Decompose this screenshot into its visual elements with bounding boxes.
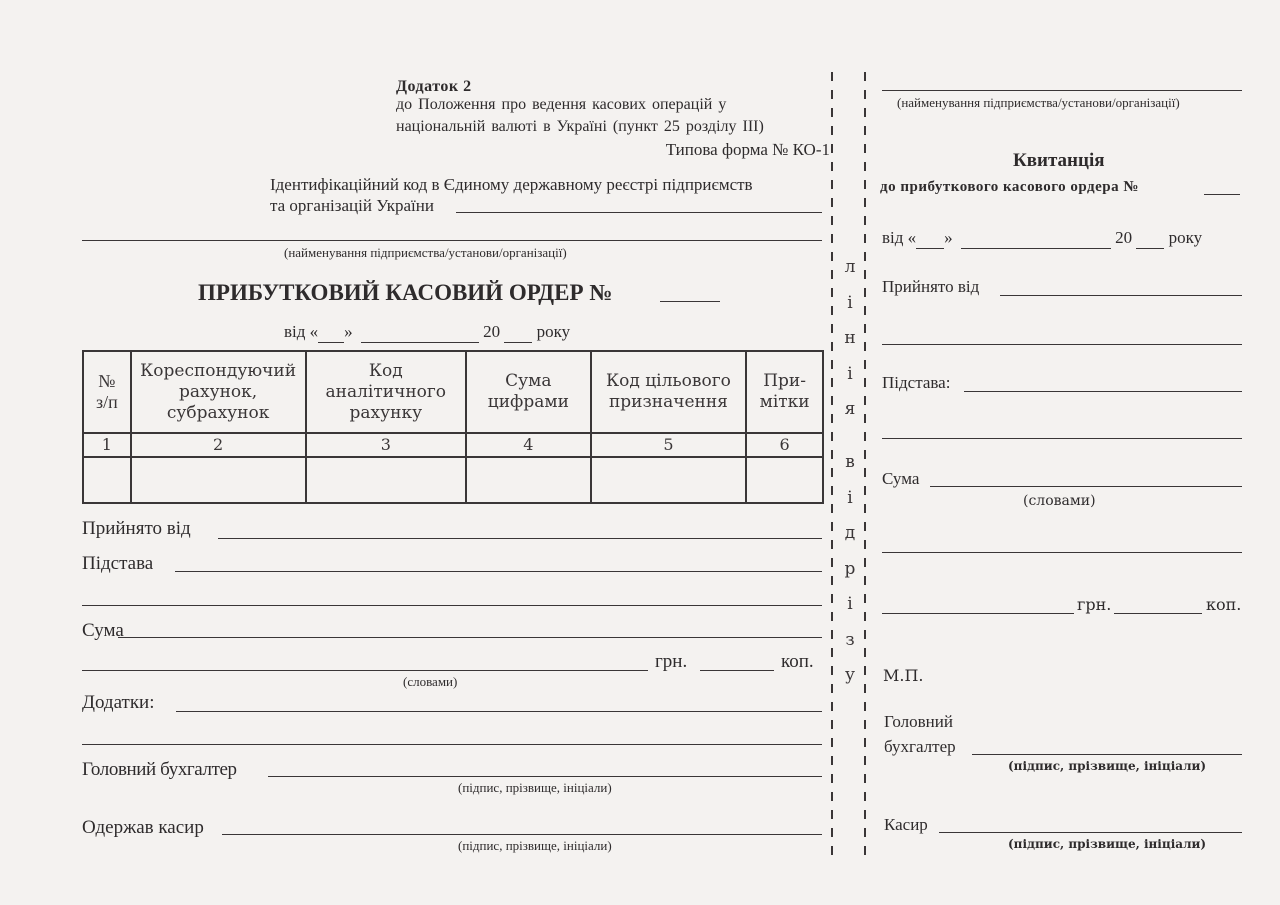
receipt-kop-label: коп. — [1206, 595, 1241, 614]
receipt-day-field[interactable] — [916, 228, 944, 249]
cell-purpose-code[interactable] — [591, 457, 747, 503]
receipt-received-from-field-2[interactable] — [882, 344, 1242, 345]
cell-notes[interactable] — [746, 457, 823, 503]
signature-hint: (підпис, прізвище, ініціали) — [458, 838, 612, 854]
appendix-title: Додаток 2 — [396, 78, 472, 96]
receipt-uah-label: грн. — [1077, 595, 1111, 614]
col-header-corr-account: Кореспондуючийрахунок,субрахунок — [131, 351, 306, 433]
cut-line-label: л і н і я в і д р і з у — [842, 250, 858, 694]
chief-accountant-label: Головний бухгалтер — [82, 759, 237, 781]
order-number-field[interactable] — [660, 301, 720, 302]
order-date: від « » 20 року — [284, 322, 570, 343]
kop-label: коп. — [781, 651, 814, 673]
table-number-row: 1 2 3 4 5 6 — [83, 433, 823, 457]
received-from-label: Прийнято від — [82, 518, 191, 540]
appendix-line-2: національній валюті в Україні (пункт 25 … — [396, 118, 764, 136]
col-header-analytic-code: Коданалітичногорахунку — [306, 351, 467, 433]
sum-field[interactable] — [118, 637, 822, 638]
form-type: Типова форма № КО-1 — [666, 140, 830, 160]
col-number: 3 — [306, 433, 467, 457]
receipt-sum-words-field[interactable] — [882, 552, 1242, 553]
receipt-month-field[interactable] — [961, 228, 1111, 249]
receipt-in-words-hint: (словами) — [1023, 493, 1096, 509]
uah-label: грн. — [655, 651, 687, 673]
receipt-basis-field[interactable] — [964, 391, 1242, 392]
receipt-title: Квитанція — [1013, 150, 1105, 172]
col-header-sum: Сумацифрами — [466, 351, 591, 433]
sum-label: Сума — [82, 620, 124, 642]
attachments-field[interactable] — [176, 711, 822, 712]
col-number: 2 — [131, 433, 306, 457]
col-number: 6 — [746, 433, 823, 457]
receipt-cashier-signature-field[interactable] — [939, 832, 1242, 833]
order-table: №з/п Кореспондуючийрахунок,субрахунок Ко… — [82, 350, 824, 504]
receipt-signature-hint: (підпис, прізвище, ініціали) — [1008, 837, 1206, 851]
basis-label: Підстава — [82, 553, 153, 575]
basis-field[interactable] — [175, 571, 822, 572]
org-name-hint: (найменування підприємства/установи/орга… — [284, 245, 567, 261]
attachments-label: Додатки: — [82, 692, 155, 714]
receipt-subtitle: до прибуткового касового ордера № — [880, 179, 1139, 196]
receipt-chief-label-1: Головний — [884, 712, 953, 732]
cell-corr-account[interactable] — [131, 457, 306, 503]
receipt-sum-field[interactable] — [930, 486, 1242, 487]
receipt-year-field[interactable] — [1136, 228, 1164, 249]
cell-number[interactable] — [83, 457, 131, 503]
receipt-kop-field[interactable] — [1114, 613, 1202, 614]
receipt-cashier-label: Касир — [884, 815, 928, 835]
receipt-received-from-label: Прийнято від — [882, 277, 979, 297]
order-month-field[interactable] — [361, 322, 479, 343]
col-header-purpose-code: Код цільовогопризначення — [591, 351, 747, 433]
received-from-field[interactable] — [218, 538, 822, 539]
order-day-field[interactable] — [318, 322, 344, 343]
in-words-hint: (словами) — [403, 674, 457, 690]
cashier-received-label: Одержав касир — [82, 817, 204, 839]
receipt-sum-label: Сума — [882, 469, 919, 489]
col-header-number: №з/п — [83, 351, 131, 433]
id-code-label-1: Ідентифікаційний код в Єдиному державном… — [270, 175, 753, 195]
attachments-field-2[interactable] — [82, 744, 822, 745]
order-year-field[interactable] — [504, 322, 532, 343]
chief-accountant-signature-field[interactable] — [268, 776, 822, 777]
receipt-uah-field[interactable] — [882, 613, 1074, 614]
cut-line-right — [864, 72, 866, 862]
id-code-label-2: та організацій України — [270, 196, 434, 216]
cell-analytic-code[interactable] — [306, 457, 467, 503]
appendix-line-1: до Положення про ведення касових операці… — [396, 96, 726, 114]
receipt-chief-signature-field[interactable] — [972, 754, 1242, 755]
basis-field-2[interactable] — [82, 605, 822, 606]
sum-words-field[interactable] — [82, 670, 648, 671]
table-header-row: №з/п Кореспондуючийрахунок,субрахунок Ко… — [83, 351, 823, 433]
col-number: 4 — [466, 433, 591, 457]
cell-sum[interactable] — [466, 457, 591, 503]
receipt-date: від « » 20 року — [882, 228, 1202, 249]
col-header-notes: При-мітки — [746, 351, 823, 433]
signature-hint: (підпис, прізвище, ініціали) — [458, 780, 612, 796]
order-title: ПРИБУТКОВИЙ КАСОВИЙ ОРДЕР № — [198, 280, 612, 306]
receipt-order-number-field[interactable] — [1204, 194, 1240, 195]
kop-field[interactable] — [700, 670, 774, 671]
receipt-org-name-hint: (найменування підприємства/установи/орга… — [897, 95, 1180, 111]
receipt-basis-field-2[interactable] — [882, 438, 1242, 439]
receipt-org-name-field[interactable] — [882, 90, 1242, 91]
cut-line-left — [831, 72, 833, 862]
org-name-field[interactable] — [82, 240, 822, 241]
receipt-basis-label: Підстава: — [882, 373, 950, 393]
table-row — [83, 457, 823, 503]
id-code-field[interactable] — [456, 212, 822, 213]
col-number: 5 — [591, 433, 747, 457]
receipt-signature-hint: (підпис, прізвище, ініціали) — [1008, 759, 1206, 773]
stamp-label: М.П. — [883, 666, 924, 685]
cashier-signature-field[interactable] — [222, 834, 822, 835]
col-number: 1 — [83, 433, 131, 457]
receipt-chief-label-2: бухгалтер — [884, 737, 956, 757]
receipt-received-from-field[interactable] — [1000, 295, 1242, 296]
